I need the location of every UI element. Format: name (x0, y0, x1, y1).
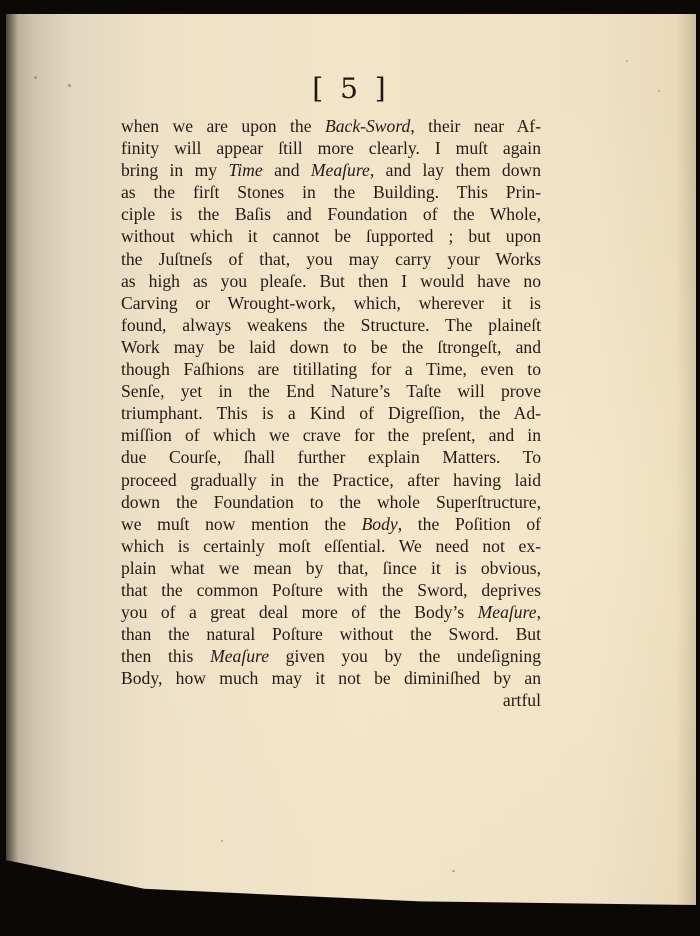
text-line: as the firſt Stones in the Building. Thi… (121, 181, 541, 203)
text-run: proceed gradually in the Practice, after… (121, 470, 541, 490)
text-run: Body, how much may it not be diminiſhed … (121, 668, 541, 688)
book-page: [ 5 ] when we are upon the Back-Sword, t… (6, 14, 696, 914)
body-text: when we are upon the Back-Sword, their n… (121, 115, 541, 712)
italic-emphasis: Back-Sword (325, 116, 410, 136)
page-number: [ 5 ] (6, 72, 696, 105)
text-run: we muſt now mention the (121, 514, 362, 534)
text-run: miſſion of which we crave for the preſen… (121, 425, 541, 445)
italic-emphasis: Meaſure (311, 160, 370, 180)
text-run: Work may be laid down to be the ſtrongeſ… (121, 337, 541, 357)
text-line: which is certainly moſt eſſential. We ne… (121, 535, 541, 557)
text-line: that the common Poſture with the Sword, … (121, 579, 541, 601)
text-run: plain what we mean by that, ſince it is … (121, 558, 541, 578)
scanned-page-view: [ 5 ] when we are upon the Back-Sword, t… (0, 0, 700, 936)
text-run: , (537, 602, 541, 622)
text-line: down the Foundation to the whole Superſt… (121, 491, 541, 513)
text-run: though Faſhions are titillating for a Ti… (121, 359, 541, 379)
text-line: without which it cannot be ſupported ; b… (121, 225, 541, 247)
text-line: Work may be laid down to be the ſtrongeſ… (121, 336, 541, 358)
text-line: Carving or Wrought-work, which, wherever… (121, 292, 541, 314)
text-run: Carving or Wrought-work, which, wherever… (121, 293, 541, 313)
text-line: due Courſe, ſhall further explain Matter… (121, 446, 541, 468)
text-line: proceed gradually in the Practice, after… (121, 469, 541, 491)
catchword: artful (121, 689, 541, 711)
italic-emphasis: Time (228, 160, 262, 180)
text-line: Senſe, yet in the End Nature’s Taſte wil… (121, 380, 541, 402)
text-run: triumphant. This is a Kind of Digreſſion… (121, 403, 541, 423)
text-run: as the firſt Stones in the Building. Thi… (121, 182, 541, 202)
paper-spot (34, 76, 37, 79)
text-run: when we are upon the (121, 116, 325, 136)
text-run: found, always weakens the Structure. The… (121, 315, 541, 335)
text-line: Body, how much may it not be diminiſhed … (121, 667, 541, 689)
text-line: finity will appear ſtill more clearly. I… (121, 137, 541, 159)
italic-emphasis: Body (362, 514, 398, 534)
text-line: miſſion of which we crave for the preſen… (121, 424, 541, 446)
text-run: ciple is the Baſis and Foundation of the… (121, 204, 541, 224)
text-run: , and lay them down (370, 160, 541, 180)
text-run: as high as you pleaſe. But then I would … (121, 271, 541, 291)
text-line: than the natural Poſture without the Swo… (121, 623, 541, 645)
paper-spot (452, 870, 455, 872)
text-run: bring in my (121, 160, 228, 180)
text-run: that the common Poſture with the Sword, … (121, 580, 541, 600)
text-line: ciple is the Baſis and Foundation of the… (121, 203, 541, 225)
text-line: we muſt now mention the Body, the Poſiti… (121, 513, 541, 535)
text-run: then this (121, 646, 210, 666)
text-run: , the Poſition of (398, 514, 541, 534)
paper-spot (68, 84, 71, 87)
text-run: due Courſe, ſhall further explain Matter… (121, 447, 541, 467)
italic-emphasis: Meaſure (478, 602, 537, 622)
text-run: given you by the undeſigning (269, 646, 541, 666)
text-run: the Juſtneſs of that, you may carry your… (121, 249, 541, 269)
text-line: found, always weakens the Structure. The… (121, 314, 541, 336)
text-run: without which it cannot be ſupported ; b… (121, 226, 541, 246)
text-run: which is certainly moſt eſſential. We ne… (121, 536, 541, 556)
text-line: plain what we mean by that, ſince it is … (121, 557, 541, 579)
text-line: as high as you pleaſe. But then I would … (121, 270, 541, 292)
text-run: down the Foundation to the whole Superſt… (121, 492, 541, 512)
paper-spot (626, 60, 628, 62)
text-line: though Faſhions are titillating for a Ti… (121, 358, 541, 380)
text-line: then this Meaſure given you by the undeſ… (121, 645, 541, 667)
text-run: Senſe, yet in the End Nature’s Taſte wil… (121, 381, 541, 401)
paper-spot (221, 840, 223, 842)
text-line: when we are upon the Back-Sword, their n… (121, 115, 541, 137)
text-run: , their near Af- (410, 116, 541, 136)
text-run: and (263, 160, 311, 180)
text-line: you of a great deal more of the Body’s M… (121, 601, 541, 623)
text-line: the Juſtneſs of that, you may carry your… (121, 248, 541, 270)
text-run: than the natural Poſture without the Swo… (121, 624, 541, 644)
text-line: bring in my Time and Meaſure, and lay th… (121, 159, 541, 181)
text-run: finity will appear ſtill more clearly. I… (121, 138, 541, 158)
paper-spot (658, 90, 660, 92)
text-run: you of a great deal more of the Body’s (121, 602, 478, 622)
italic-emphasis: Meaſure (210, 646, 269, 666)
text-line: triumphant. This is a Kind of Digreſſion… (121, 402, 541, 424)
